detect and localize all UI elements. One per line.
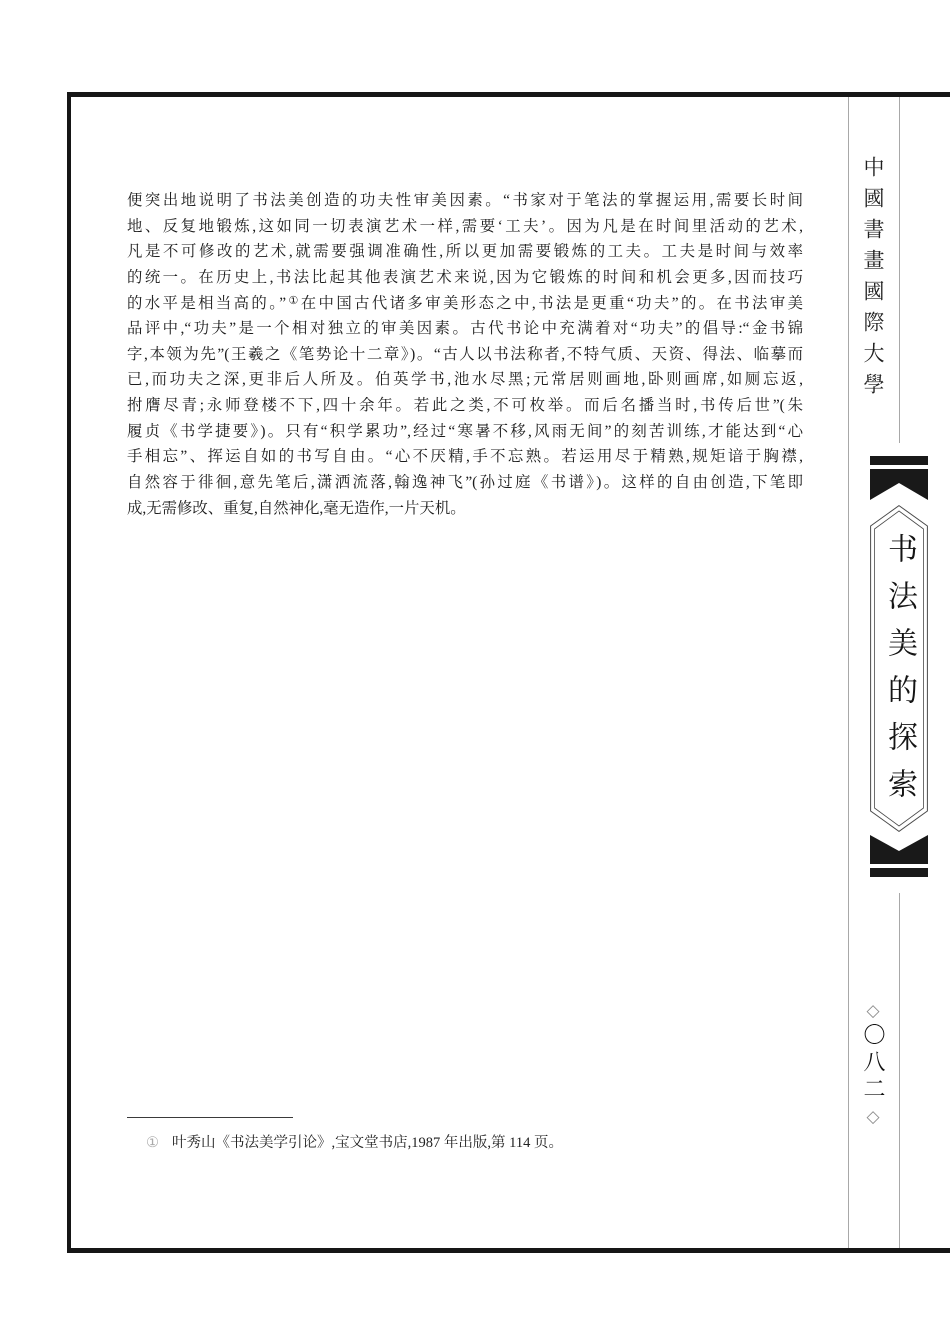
text-line: 自然容于徘徊,意先笔后,潇洒流落,翰逸神飞”(孙过庭《书谱》)。这样的自由创造,… [127,470,803,496]
footnote-marker: ① [146,1135,159,1151]
sidebar-left-line [848,97,849,1248]
book-page: 便突出地说明了书法美创造的功夫性审美因素。“书家对于笔法的掌握运用,需要长时间 … [0,0,950,1344]
ribbon-top-bar [870,456,928,465]
book-title: 书法美的探索 [877,533,921,815]
diamond-ornament-icon: ◇ [866,1002,879,1019]
text-line: 便突出地说明了书法美创造的功夫性审美因素。“书家对于笔法的掌握运用,需要长时间 [127,188,803,214]
frame-bottom-rule [67,1248,950,1253]
ribbon-bottom-bar [870,868,928,877]
text-line: 拊膺尽青;永师登楼不下,四十余年。若此之类,不可枚举。而后名播当时,书传后世”(… [127,393,803,419]
title-ribbon: 书法美的探索 [870,456,928,877]
text-line: 成,无需修改、重复,自然神化,毫无造作,一片天机。 [127,496,803,522]
body-text: 便突出地说明了书法美创造的功夫性审美因素。“书家对于笔法的掌握运用,需要长时间 … [127,188,803,521]
text-line: 的统一。在历史上,书法比起其他表演艺术来说,因为它锻炼的时间和机会更多,因而技巧 [127,265,803,291]
text-line: 字,本领为先”(王羲之《笔势论十二章》)。“古人以书法称者,不特气质、天资、得法… [127,342,803,368]
frame-left-rule [67,92,71,1253]
footnote: ①叶秀山《书法美学引论》,宝文堂书店,1987 年出版,第 114 页。 [146,1131,563,1152]
footnote-text: 叶秀山《书法美学引论》,宝文堂书店,1987 年出版,第 114 页。 [172,1135,563,1151]
text-line: 品评中,“功夫”是一个相对独立的审美因素。古代书论中充满着对“功夫”的倡导:“金… [127,316,803,342]
diamond-ornament-icon: ◇ [866,1108,879,1125]
ribbon-bottom-chevron [870,835,928,864]
text-line: 的水平是相当高的。”①在中国古代诸多审美形态之中,书法是更重“功夫”的。在书法审… [127,291,803,317]
text-line: 凡是不可修改的艺术,就需要强调准确性,所以更加需要锻炼的工夫。工夫是时间与效率 [127,239,803,265]
footnote-divider [127,1117,293,1118]
sidebar-right-line-lower [899,893,900,1248]
running-head-university: 中國書畫國際大學 [858,156,888,404]
ribbon-top-chevron [870,469,928,500]
text-line: 履贞《书学捷要》)。只有“积学累功”,经过“寒暑不移,风雨无间”的刻苦训练,才能… [127,419,803,445]
page-number: ◇ 〇八二 ◇ [860,1002,886,1125]
text-line: 手相忘”、挥运自如的书写自由。“心不厌精,手不忘熟。若运用尽于精熟,规矩谙于胸襟… [127,444,803,470]
sidebar-right-line-upper [899,97,900,443]
page-number-digits: 〇八二 [860,1023,886,1104]
text-line: 地、反复地锻炼,这如同一切表演艺术一样,需要‘工夫’。因为凡是在时间里活动的艺术… [127,214,803,240]
text-line: 已,而功夫之深,更非后人所及。伯英学书,池水尽黑;元常居则画地,卧则画席,如厕忘… [127,367,803,393]
footnote-ref: ① [286,295,301,307]
frame-top-rule [67,92,950,97]
